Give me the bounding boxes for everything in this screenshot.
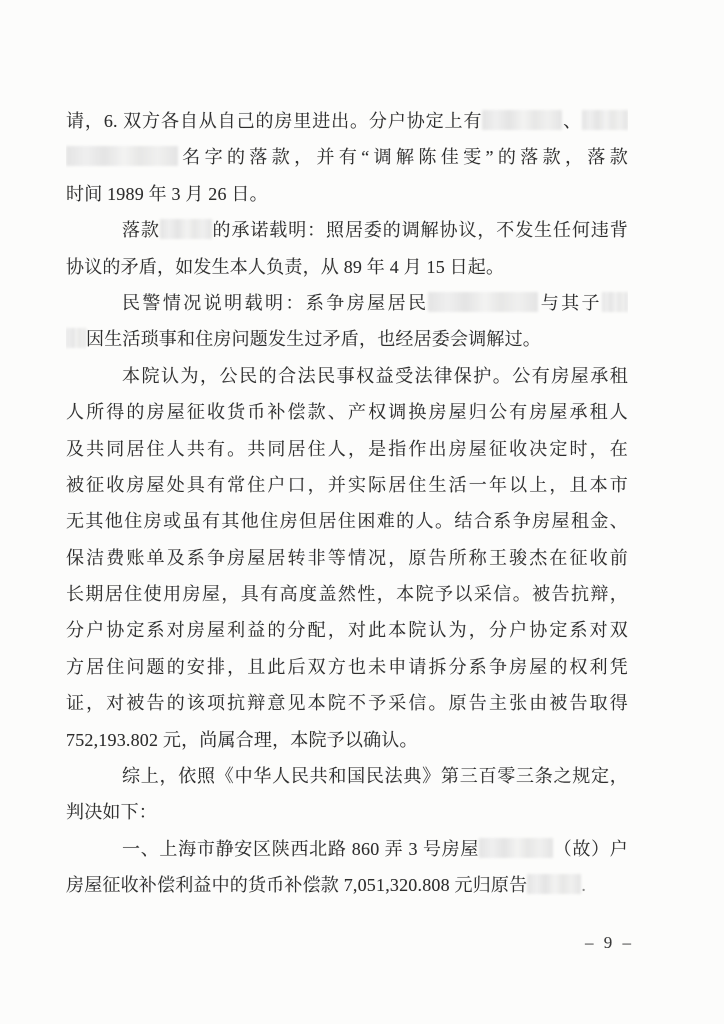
line-10: 及共同居住人共有。共同居住人，是指作出房屋征收决定时，在 — [66, 431, 628, 467]
line-07: 因生活琐事和住房问题发生过矛盾，也经居委会调解过。 — [66, 321, 628, 357]
text-segment: 协议的矛盾，如发生本人负责，从 89 年 4 月 15 日起。 — [66, 257, 504, 277]
text-segment: 无其他住房或虽有其他住房但居住困难的人。结合系争房屋租金、 — [66, 511, 628, 531]
text-segment: 与其子 — [538, 293, 602, 313]
line-01: 请，6. 双方各自从自己的房里进出。分户协定上有、 — [66, 103, 628, 139]
text-segment: 本院认为，公民的合法民事权益受法律保护。公有房屋承租 — [122, 366, 628, 386]
text-segment: 因生活琐事和住房问题发生过矛盾，也经居委会调解过。 — [86, 329, 541, 349]
document-page: 请，6. 双方各自从自己的房里进出。分户协定上有、名字的落款，并有“调解陈佳雯”… — [0, 0, 724, 1024]
redaction-bar — [428, 292, 538, 312]
redaction-bar — [66, 146, 178, 166]
text-segment: 人所得的房屋征收货币补偿款、产权调换房屋归公有房屋承租人 — [66, 402, 628, 422]
text-segment: 名字的落款，并有“调解陈佳雯”的落款，落款 — [178, 147, 628, 167]
line-19: 综上，依照《中华人民共和国民法典》第三百零三条之规定， — [66, 758, 628, 794]
text-segment: 综上，依照《中华人民共和国民法典》第三百零三条之规定， — [122, 766, 628, 786]
text-segment: 证，对被告的该项抗辩意见本院不予采信。原告主张由被告取得 — [66, 693, 628, 713]
line-15: 分户协定系对房屋利益的分配，对此本院认为，分户协定系对双 — [66, 612, 628, 648]
text-segment: 民警情况说明载明：系争房屋居民 — [122, 293, 428, 313]
judgment-text-block: 请，6. 双方各自从自己的房里进出。分户协定上有、名字的落款，并有“调解陈佳雯”… — [66, 103, 628, 904]
text-segment: （故）户 — [553, 839, 628, 859]
redaction-bar — [160, 219, 212, 239]
line-12: 无其他住房或虽有其他住房但居住困难的人。结合系争房屋租金、 — [66, 503, 628, 539]
text-segment: 及共同居住人共有。共同居住人，是指作出房屋征收决定时，在 — [66, 439, 628, 459]
text-segment: 长期居住使用房屋，具有高度盖然性，本院予以采信。被告抗辩， — [66, 584, 628, 604]
line-21: 一、上海市静安区陕西北路 860 弄 3 号房屋（故）户 — [66, 831, 628, 867]
line-16: 方居住问题的安排，且此后双方也未申请拆分系争房屋的权利凭 — [66, 649, 628, 685]
line-02: 名字的落款，并有“调解陈佳雯”的落款，落款 — [66, 139, 628, 175]
text-segment: 被征收房屋处具有常住户口，并实际居住生活一年以上，且本市 — [66, 475, 628, 495]
redaction-bar — [479, 838, 553, 858]
redaction-bar — [66, 328, 86, 348]
text-segment: 时间 1989 年 3 月 26 日。 — [66, 184, 268, 204]
line-03: 时间 1989 年 3 月 26 日。 — [66, 176, 628, 212]
line-05: 协议的矛盾，如发生本人负责，从 89 年 4 月 15 日起。 — [66, 249, 628, 285]
line-13: 保洁费账单及系争房屋居转非等情况，原告所称王骏杰在征收前 — [66, 540, 628, 576]
line-06: 民警情况说明载明：系争房屋居民与其子 — [66, 285, 628, 321]
line-11: 被征收房屋处具有常住户口，并实际居住生活一年以上，且本市 — [66, 467, 628, 503]
text-segment: 、 — [562, 111, 582, 131]
line-17: 证，对被告的该项抗辩意见本院不予采信。原告主张由被告取得 — [66, 685, 628, 721]
line-20: 判决如下： — [66, 794, 628, 830]
line-09: 人所得的房屋征收货币补偿款、产权调换房屋归公有房屋承租人 — [66, 394, 628, 430]
line-18: 752,193.802 元，尚属合理，本院予以确认。 — [66, 722, 628, 758]
line-14: 长期居住使用房屋，具有高度盖然性，本院予以采信。被告抗辩， — [66, 576, 628, 612]
text-segment: 一、上海市静安区陕西北路 860 弄 3 号房屋 — [122, 839, 479, 859]
text-segment: 判决如下： — [66, 802, 157, 822]
page-number: – 9 – — [585, 933, 634, 953]
text-segment: . — [581, 875, 586, 895]
text-segment: 落款 — [122, 220, 160, 240]
line-04: 落款的承诺载明：照居委的调解协议，不发生任何违背 — [66, 212, 628, 248]
text-segment: 请，6. 双方各自从自己的房里进出。分户协定上有 — [66, 111, 482, 131]
redaction-bar — [602, 292, 628, 312]
text-segment: 房屋征收补偿利益中的货币补偿款 7,051,320.808 元归原告 — [66, 875, 527, 895]
text-segment: 保洁费账单及系争房屋居转非等情况，原告所称王骏杰在征收前 — [66, 548, 628, 568]
line-08: 本院认为，公民的合法民事权益受法律保护。公有房屋承租 — [66, 358, 628, 394]
text-segment: 分户协定系对房屋利益的分配，对此本院认为，分户协定系对双 — [66, 620, 628, 640]
text-segment: 方居住问题的安排，且此后双方也未申请拆分系争房屋的权利凭 — [66, 657, 628, 677]
redaction-bar — [582, 110, 628, 130]
line-22: 房屋征收补偿利益中的货币补偿款 7,051,320.808 元归原告. — [66, 867, 628, 903]
redaction-bar — [482, 110, 562, 130]
redaction-bar — [527, 874, 581, 894]
text-segment: 的承诺载明：照居委的调解协议，不发生任何违背 — [212, 220, 628, 240]
text-segment: 752,193.802 元，尚属合理，本院予以确认。 — [66, 730, 418, 750]
